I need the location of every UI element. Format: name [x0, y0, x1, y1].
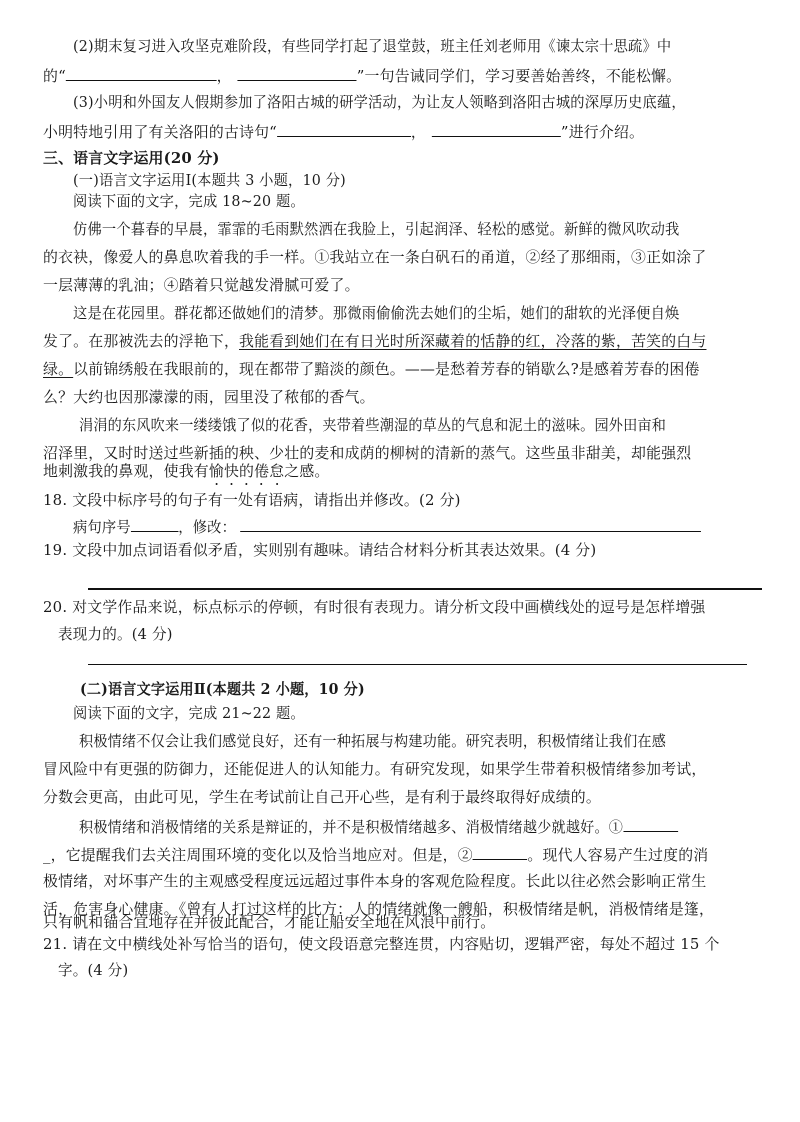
passage1-p2-line2-pre: 发了。在那被洗去的浮艳下， — [43, 332, 239, 350]
answer-blank-2a[interactable] — [66, 64, 217, 81]
passage1-p1-line3: 一层薄薄的乳油；④踏着只觉越发滑腻可爱了。 — [43, 275, 757, 295]
question-18-answer-row: 病句序号，修改： — [73, 515, 757, 535]
part2-heading: (二)语言文字运用Ⅱ(本题共 2 小题，10 分) — [80, 679, 757, 699]
answer-blank-3a[interactable] — [277, 120, 411, 137]
fill-blank-2[interactable] — [473, 843, 528, 860]
passage1-p2-line3: 绿。以前锦绣般在我眼前的，现在都带了黯淡的颜色。——是愁着芳春的销歇么?是感着芳… — [43, 359, 757, 379]
passage1-p3-line3-post: 之感。 — [284, 462, 329, 480]
passage1-p3-line2: 沼泽里，又时时送过些新插的秧、少壮的麦和成荫的柳树的清新的蒸气。这些虽非甜美，却… — [43, 443, 757, 463]
q18-fix-blank[interactable] — [240, 515, 701, 532]
passage2-p2-line5: 只有帆和锚合宜地存在并彼此配合，才能让船安全地在风浪中前行。 — [43, 912, 757, 932]
passage1-p2-line1: 这是在花园里。群花都还做她们的清梦。那微雨偷偷洗去她们的尘垢，她们的甜软的光泽便… — [73, 303, 757, 323]
item3-post: ”进行介绍。 — [561, 123, 644, 141]
question-21-line1: 21. 请在文中横线处补写恰当的语句，使文段语意完整连贯，内容贴切，逻辑严密，每… — [43, 934, 757, 954]
passage1-p2-line3-post: 以前锦绣般在我眼前的，现在都带了黯淡的颜色。——是愁着芳春的销歇么?是感着芳春的… — [73, 360, 699, 378]
item2-mid: ， — [217, 67, 232, 85]
answer-blank-3b[interactable] — [432, 120, 561, 137]
passage1-p1-line2: 的衣袂，像爱人的鼻息吹着我的手一样。①我站立在一条白矾石的甬道，②经了那细雨，③… — [43, 247, 757, 267]
q18-label-fix: ，修改： — [178, 518, 236, 536]
passage2-p1-line2: 冒风险中有更强的防御力，还能促进人的认知能力。有研究发现，如果学生带着积极情绪参… — [43, 759, 757, 779]
passage2-p2-line2-pre: _，它提醒我们去关注周围环境的变化以及恰当地应对。但是，② — [43, 846, 473, 864]
answer-blank-2b[interactable] — [238, 64, 357, 81]
section-heading: 三、语言文字运用(20 分) — [43, 148, 757, 168]
part1-heading: (一)语言文字运用Ⅰ(本题共 3 小题，10 分) — [73, 170, 757, 190]
q18-label-sentence-no: 病句序号 — [73, 518, 131, 536]
q19-answer-line[interactable] — [88, 588, 762, 590]
item2-pre: 的“ — [43, 67, 66, 85]
question-20-line1: 20. 对文学作品来说，标点标示的停顿，有时很有表现力。请分析文段中画横线处的逗… — [43, 597, 757, 617]
passage1-p1-line1: 仿佛一个暮春的早晨，霏霏的毛雨默然洒在我脸上，引起润泽、轻松的感觉。新鲜的微风吹… — [73, 219, 757, 239]
passage1-p3-line1: 涓涓的东风吹来一缕缕饿了似的花香，夹带着些潮湿的草丛的气息和泥土的滋味。园外田亩… — [79, 415, 757, 435]
fill-blank-1[interactable] — [623, 815, 678, 832]
item3-mid: ， — [411, 123, 426, 141]
dotted-char: 快 — [224, 462, 239, 480]
underlined-sentence-part2: 绿。 — [43, 360, 73, 378]
passage2-p1-line1: 积极情绪不仅会让我们感觉良好，还有一种拓展与构建功能。研究表明，积极情绪让我们在… — [79, 731, 757, 751]
question-20-line2: 表现力的。(4 分) — [58, 624, 757, 644]
passage2-p2-line2: _，它提醒我们去关注周围环境的变化以及恰当地应对。但是，②。现代人容易产生过度的… — [43, 843, 757, 863]
exam-page: (2)期末复习进入攻坚克难阶段，有些同学打起了退堂鼓，班主任刘老师用《谏太宗十思… — [0, 0, 800, 1122]
q18-sentence-no-blank[interactable] — [131, 515, 179, 532]
passage2-p2-line1-pre: 积极情绪和消极情绪的关系是辩证的，并不是积极情绪越多、消极情绪越少就越好。① — [79, 818, 623, 836]
item2-post: ”一句告诫同学们，学习要善始善终，不能松懈。 — [357, 67, 681, 85]
passage1-p2-line2: 发了。在那被洗去的浮艳下，我能看到她们在有日光时所深藏着的恬静的红，冷落的紫，苦… — [43, 331, 757, 351]
item3-line2: 小明特地引用了有关洛阳的古诗句“，”进行介绍。 — [43, 120, 757, 140]
passage1-p3-line3-pre: 地刺激我的鼻观，使我有 — [43, 462, 209, 480]
passage1-p2-line4: 么？大约也因那濛濛的雨，园里没了秾郁的香气。 — [43, 387, 757, 407]
passage2-p1-line3: 分数会更高，由此可见，学生在考试前让自己开心些，是有利于最终取得好成绩的。 — [43, 787, 757, 807]
underlined-sentence-part1: 我能看到她们在有日光时所深藏着的恬静的红，冷落的紫，苦笑的白与 — [239, 332, 706, 350]
passage1-p3-line3: 地刺激我的鼻观，使我有愉快的倦怠之感。 — [43, 461, 757, 481]
question-18: 18. 文段中标序号的句子有一处有语病，请指出并修改。(2 分) — [43, 490, 757, 510]
dotted-char: 愉 — [209, 462, 224, 480]
item2-line2: 的“，”一句告诫同学们，学习要善始善终，不能松懈。 — [43, 64, 757, 84]
dotted-char: 倦 — [254, 462, 269, 480]
part2-instruction: 阅读下面的文字，完成 21~22 题。 — [73, 703, 757, 723]
passage2-p2-line2-post: 。现代人容易产生过度的消 — [527, 846, 708, 864]
part1-instruction: 阅读下面的文字，完成 18~20 题。 — [73, 191, 757, 211]
dotted-char: 的 — [239, 462, 254, 480]
q20-answer-line[interactable] — [88, 664, 747, 665]
passage2-p2-line1: 积极情绪和消极情绪的关系是辩证的，并不是积极情绪越多、消极情绪越少就越好。① — [79, 815, 757, 835]
question-19: 19. 文段中加点词语看似矛盾，实则别有趣味。请结合材料分析其表达效果。(4 分… — [43, 540, 757, 560]
item3-pre: 小明特地引用了有关洛阳的古诗句“ — [43, 123, 277, 141]
passage2-p2-line3: 极情绪，对坏事产生的主观感受程度远远超过事件本身的客观危险程度。长此以往必然会影… — [43, 871, 757, 891]
item2-line1: (2)期末复习进入攻坚克难阶段，有些同学打起了退堂鼓，班主任刘老师用《谏太宗十思… — [73, 36, 757, 56]
dotted-char: 怠 — [269, 462, 284, 480]
question-21-line2: 字。(4 分) — [58, 960, 757, 980]
item3-line1: (3)小明和外国友人假期参加了洛阳古城的研学活动，为让友人领略到洛阳古城的深厚历… — [73, 92, 757, 112]
